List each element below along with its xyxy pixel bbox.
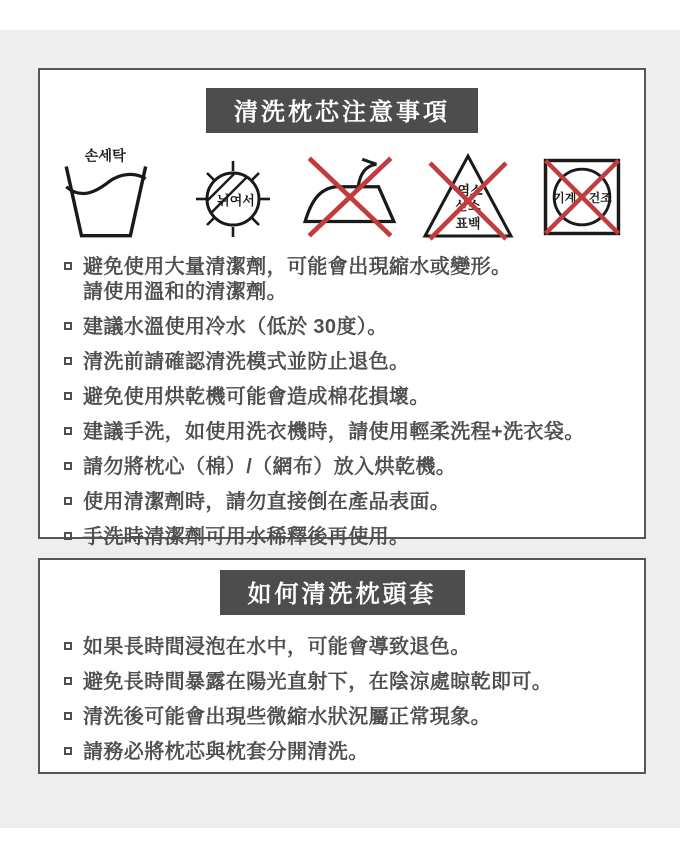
do-not-tumble-dry-icon: 기계 건조 — [534, 145, 630, 249]
do-not-iron-icon — [299, 145, 401, 249]
no-iron-symbol — [299, 145, 401, 254]
list-item: 清洗後可能會出現些微縮水狀況屬正常現象。 — [62, 705, 628, 730]
pillowcase-panel: 如何清洗枕頭套 如果長時間浸泡在水中，可能會導致退色。 避免長時間暴露在陽光直射… — [38, 558, 646, 774]
care-instructions-page: 清洗枕芯注意事項 손세탁 — [0, 0, 680, 850]
square-bullet-icon — [64, 497, 72, 505]
pillow-core-bullet-list: 避免使用大量清潔劑，可能會出現縮水或變形。 請使用溫和的清潔劑。 建議水溫使用冷… — [40, 251, 644, 550]
hand-wash-icon: 손세탁 — [54, 145, 166, 249]
list-item: 避免長時間暴露在陽光直射下，在陰涼處晾乾即可。 — [62, 670, 628, 695]
list-item: 使用清潔劑時，請勿直接倒在產品表面。 — [62, 490, 628, 515]
no-tumble-dry-label-right: 건조 — [589, 190, 613, 205]
no-tumble-dry-label-left: 기계 — [553, 190, 576, 205]
square-bullet-icon — [64, 392, 72, 400]
list-item: 請勿將枕心（棉）/（網布）放入烘乾機。 — [62, 455, 628, 480]
square-bullet-icon — [64, 642, 72, 650]
care-symbols-row: 손세탁 — [40, 145, 644, 251]
list-item: 建議手洗，如使用洗衣機時，請使用輕柔洗程+洗衣袋。 — [62, 420, 628, 445]
list-item: 請務必將枕芯與枕套分開清洗。 — [62, 740, 628, 765]
list-item: 避免使用大量清潔劑，可能會出現縮水或變形。 請使用溫和的清潔劑。 — [62, 255, 628, 305]
pillow-core-title: 清洗枕芯注意事項 — [206, 88, 478, 133]
list-item: 如果長時間浸泡在水中，可能會導致退色。 — [62, 635, 628, 660]
no-tumble-dry-symbol: 기계 건조 — [534, 145, 630, 254]
square-bullet-icon — [64, 747, 72, 755]
prohibit-x — [309, 158, 391, 236]
hand-wash-label: 손세탁 — [85, 146, 127, 164]
pillowcase-title: 如何清洗枕頭套 — [220, 570, 465, 615]
no-bleach-symbol: 염소 산소 표백 — [418, 145, 518, 254]
square-bullet-icon — [64, 427, 72, 435]
hand-wash-symbol: 손세탁 — [54, 145, 166, 254]
dry-flat-in-shade-icon: 뉘여서 — [183, 145, 283, 249]
pillow-core-panel: 清洗枕芯注意事項 손세탁 — [38, 68, 646, 539]
square-bullet-icon — [64, 322, 72, 330]
list-item: 建議水溫使用冷水（低於 30度）。 — [62, 315, 628, 340]
square-bullet-icon — [64, 357, 72, 365]
square-bullet-icon — [64, 462, 72, 470]
dry-flat-symbol: 뉘여서 — [183, 145, 283, 254]
list-item: 清洗前請確認清洗模式並防止退色。 — [62, 350, 628, 375]
list-item: 避免使用烘乾機可能會造成棉花損壞。 — [62, 385, 628, 410]
no-bleach-label-3: 표백 — [455, 216, 480, 231]
square-bullet-icon — [64, 532, 72, 540]
pillowcase-bullet-list: 如果長時間浸泡在水中，可能會導致退色。 避免長時間暴露在陽光直射下，在陰涼處晾乾… — [40, 615, 644, 765]
square-bullet-icon — [64, 712, 72, 720]
do-not-bleach-icon: 염소 산소 표백 — [418, 145, 518, 249]
list-item: 手洗時清潔劑可用水稀釋後再使用。 — [62, 525, 628, 550]
square-bullet-icon — [64, 262, 72, 270]
dry-flat-label: 뉘여서 — [217, 193, 255, 208]
square-bullet-icon — [64, 677, 72, 685]
